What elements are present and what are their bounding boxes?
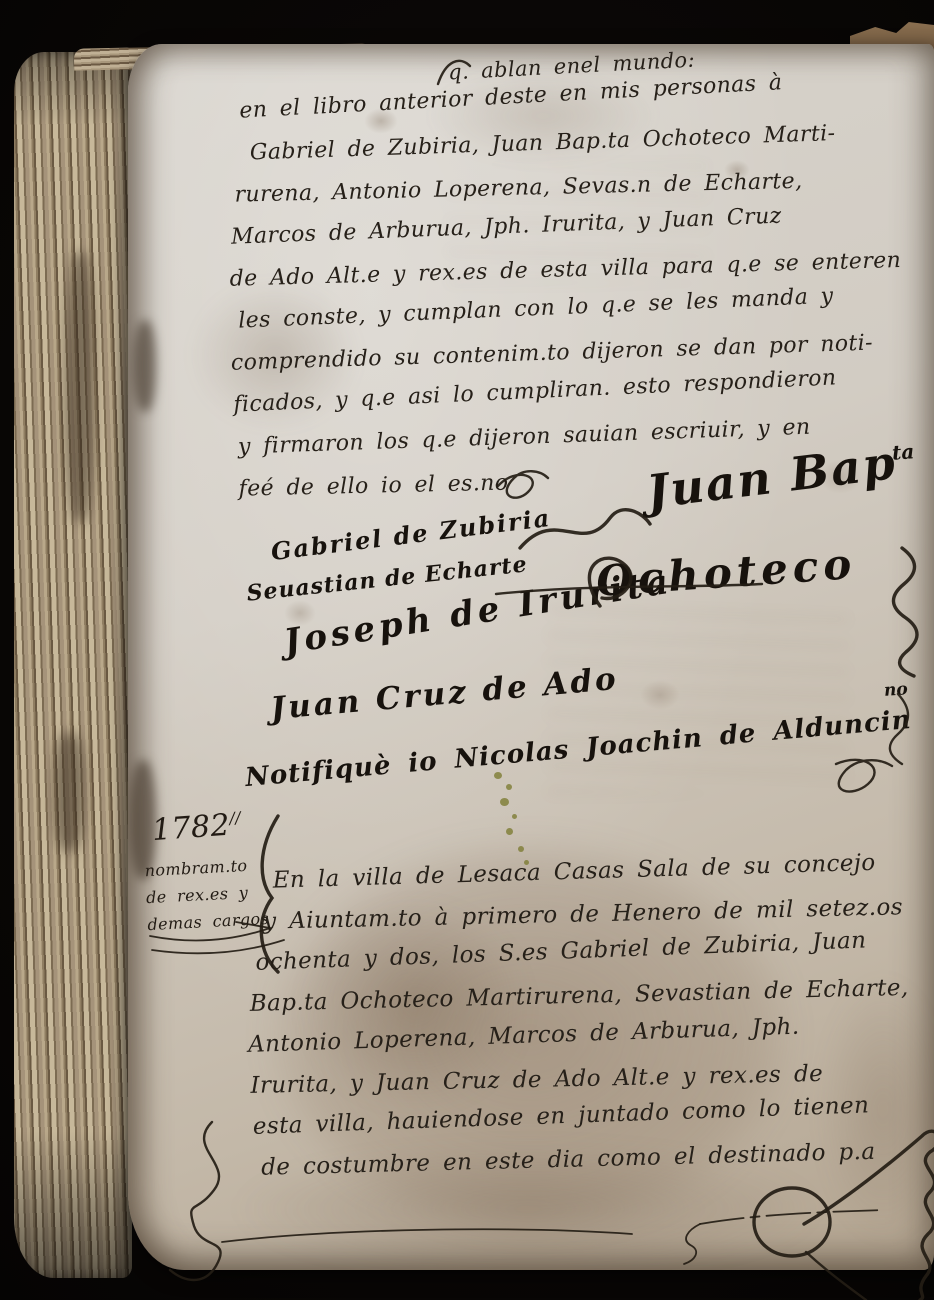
year-1782: 1782: [151, 808, 231, 848]
paragraph-2: En la villa de Lesaca Casas Sala de su c…: [251, 855, 911, 1189]
margin-year: 1782//: [151, 807, 243, 848]
manuscript-photo: q. ablan enel mundo: en el libro anterio…: [0, 0, 934, 1300]
signature-superscript-no: no: [883, 679, 908, 701]
ink-blotch: [134, 320, 156, 412]
year-mark: //: [229, 808, 242, 828]
edge-stain: [66, 252, 94, 522]
book-page-edges: [14, 52, 132, 1278]
signature-superscript-ta: ta: [891, 439, 915, 464]
edge-stain: [54, 732, 84, 852]
